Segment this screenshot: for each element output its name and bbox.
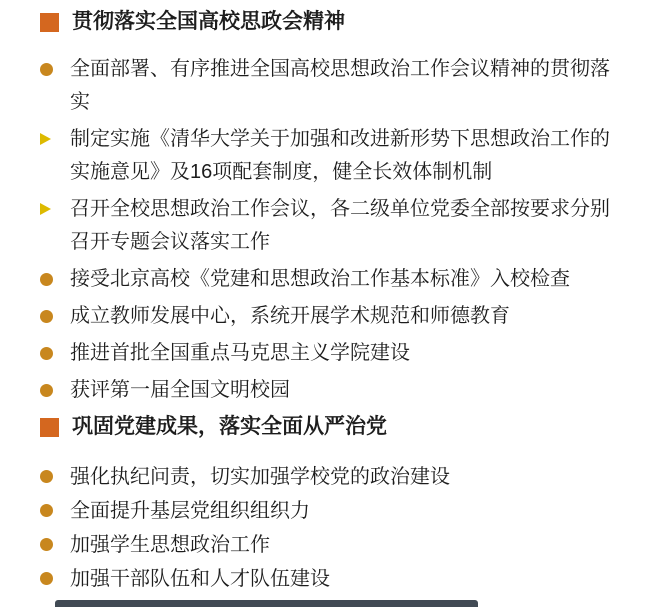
bullet-cell xyxy=(40,123,70,189)
bullet-cell xyxy=(40,562,70,596)
list-item-text: 成立教师发展中心，系统开展学术规范和师德教育 xyxy=(70,300,510,333)
bullet-cell xyxy=(40,53,70,119)
list-item: 加强学生思想政治工作 xyxy=(40,528,622,562)
list-item: 召开全校思想政治工作会议，各二级单位党委全部按要求分别召开专题会议落实工作 xyxy=(40,193,622,259)
bullet-circle-icon xyxy=(40,538,53,551)
section-2: 巩固党建成果，落实全面从严治党 强化执纪问责，切实加强学校党的政治建设全面提升基… xyxy=(40,415,622,596)
section-1: 贯彻落实全国高校思政会精神 全面部署、有序推进全国高校思想政治工作会议精神的贯彻… xyxy=(40,10,622,411)
bullet-circle-icon xyxy=(40,504,53,517)
list-item: 全面提升基层党组织组织力 xyxy=(40,494,622,528)
list-item: 推进首批全国重点马克思主义学院建设 xyxy=(40,337,622,370)
list-item-text: 制定实施《清华大学关于加强和改进新形势下思想政治工作的实施意见》及16项配套制度… xyxy=(70,123,615,189)
list-item-text: 强化执纪问责，切实加强学校党的政治建设 xyxy=(70,460,450,494)
section-title: 贯彻落实全国高校思政会精神 xyxy=(72,10,345,34)
bullet-circle-icon xyxy=(40,63,53,76)
section-1-list: 全面部署、有序推进全国高校思想政治工作会议精神的贯彻落实制定实施《清华大学关于加… xyxy=(40,53,622,407)
list-item: 获评第一届全国文明校园 xyxy=(40,374,622,407)
bullet-circle-icon xyxy=(40,310,53,323)
list-item: 成立教师发展中心，系统开展学术规范和师德教育 xyxy=(40,300,622,333)
bullet-circle-icon xyxy=(40,273,53,286)
section-square-icon xyxy=(40,418,59,437)
bullet-triangle-icon xyxy=(40,203,51,215)
list-item-text: 召开全校思想政治工作会议，各二级单位党委全部按要求分别召开专题会议落实工作 xyxy=(70,193,615,259)
section-title: 巩固党建成果，落实全面从严治党 xyxy=(72,415,387,439)
list-item: 全面部署、有序推进全国高校思想政治工作会议精神的贯彻落实 xyxy=(40,53,622,119)
bullet-cell xyxy=(40,263,70,296)
bullet-circle-icon xyxy=(40,384,53,397)
bullet-circle-icon xyxy=(40,470,53,483)
section-square-icon xyxy=(40,13,59,32)
section-1-heading: 贯彻落实全国高校思政会精神 xyxy=(40,10,622,34)
bullet-triangle-icon xyxy=(40,133,51,145)
list-item-text: 加强学生思想政治工作 xyxy=(70,528,270,562)
bottom-partial-bar xyxy=(55,600,478,607)
bullet-cell xyxy=(40,337,70,370)
list-item: 强化执纪问责，切实加强学校党的政治建设 xyxy=(40,460,622,494)
section-2-heading: 巩固党建成果，落实全面从严治党 xyxy=(40,415,622,439)
section-2-list: 强化执纪问责，切实加强学校党的政治建设全面提升基层党组织组织力加强学生思想政治工… xyxy=(40,460,622,596)
bullet-cell xyxy=(40,460,70,494)
list-item-text: 全面部署、有序推进全国高校思想政治工作会议精神的贯彻落实 xyxy=(70,53,615,119)
list-item-text: 接受北京高校《党建和思想政治工作基本标准》入校检查 xyxy=(70,263,570,296)
bullet-cell xyxy=(40,494,70,528)
bullet-circle-icon xyxy=(40,572,53,585)
list-item-text: 获评第一届全国文明校园 xyxy=(70,374,290,407)
list-item: 加强干部队伍和人才队伍建设 xyxy=(40,562,622,596)
bullet-cell xyxy=(40,374,70,407)
bullet-circle-icon xyxy=(40,347,53,360)
list-item-text: 全面提升基层党组织组织力 xyxy=(70,494,310,528)
list-item-text: 推进首批全国重点马克思主义学院建设 xyxy=(70,337,410,370)
bullet-cell xyxy=(40,528,70,562)
bullet-cell xyxy=(40,193,70,259)
list-item: 制定实施《清华大学关于加强和改进新形势下思想政治工作的实施意见》及16项配套制度… xyxy=(40,123,622,189)
bullet-cell xyxy=(40,300,70,333)
list-item-text: 加强干部队伍和人才队伍建设 xyxy=(70,562,330,596)
list-item: 接受北京高校《党建和思想政治工作基本标准》入校检查 xyxy=(40,263,622,296)
